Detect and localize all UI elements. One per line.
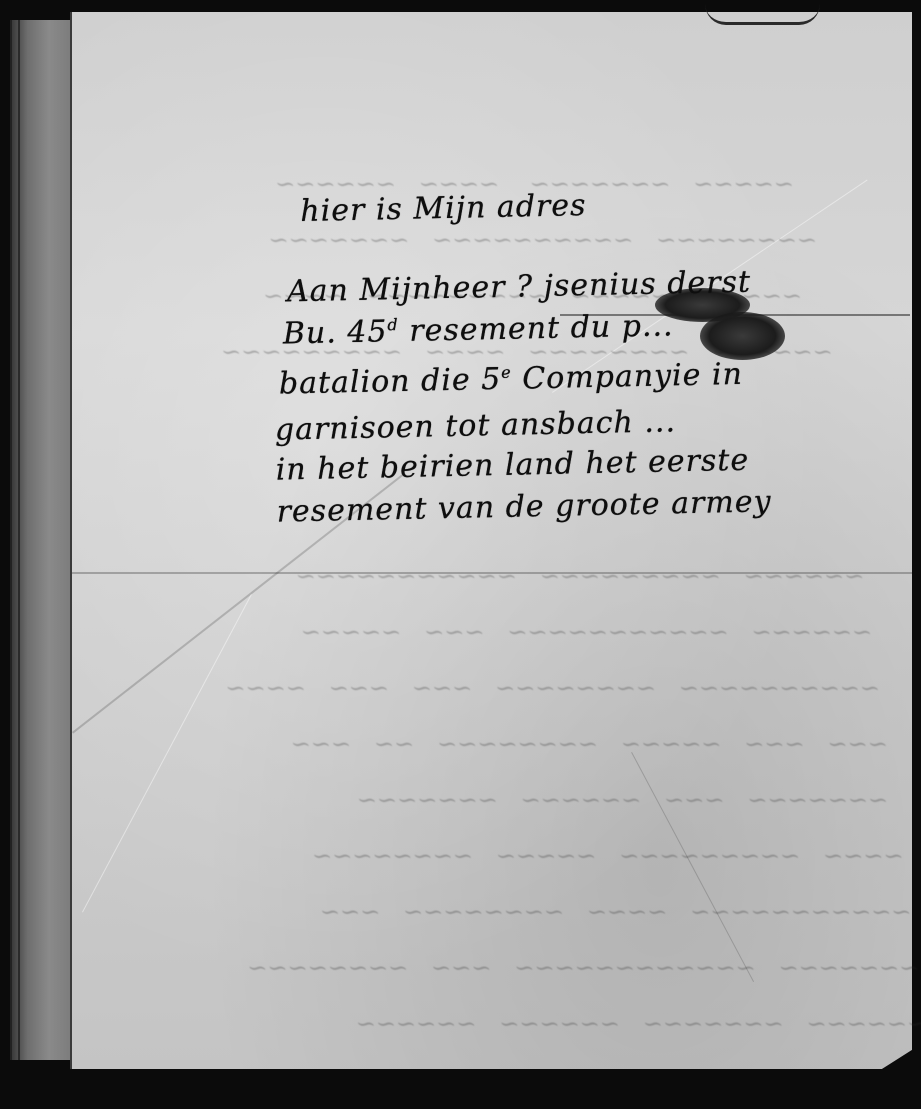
address-text: batalion die 5 [279, 362, 502, 402]
paper-top-curl [705, 4, 820, 25]
address-text: resement du p... [409, 308, 674, 349]
paper-sheet [70, 12, 912, 1082]
folded-edge-strip [10, 20, 77, 1060]
address-text: Companyie in [522, 357, 743, 397]
superscript: e [501, 363, 512, 382]
wax-seal-blot [700, 312, 785, 360]
fold-crease [72, 572, 912, 574]
address-text: hier is Mijn adres [300, 188, 587, 229]
superscript: d [387, 315, 399, 334]
scanned-letter: ~~~~~ ~~~~~~~ ~~~~ ~~~~~~ ~~~~~~~~ ~~~~~… [0, 0, 921, 1109]
scan-bottom-edge [0, 1069, 921, 1109]
fold-crease [631, 752, 754, 982]
fold-crease [82, 594, 252, 912]
address-text: Bu. 45 [283, 314, 388, 351]
address-line-1: hier is Mijn adres [300, 188, 587, 229]
